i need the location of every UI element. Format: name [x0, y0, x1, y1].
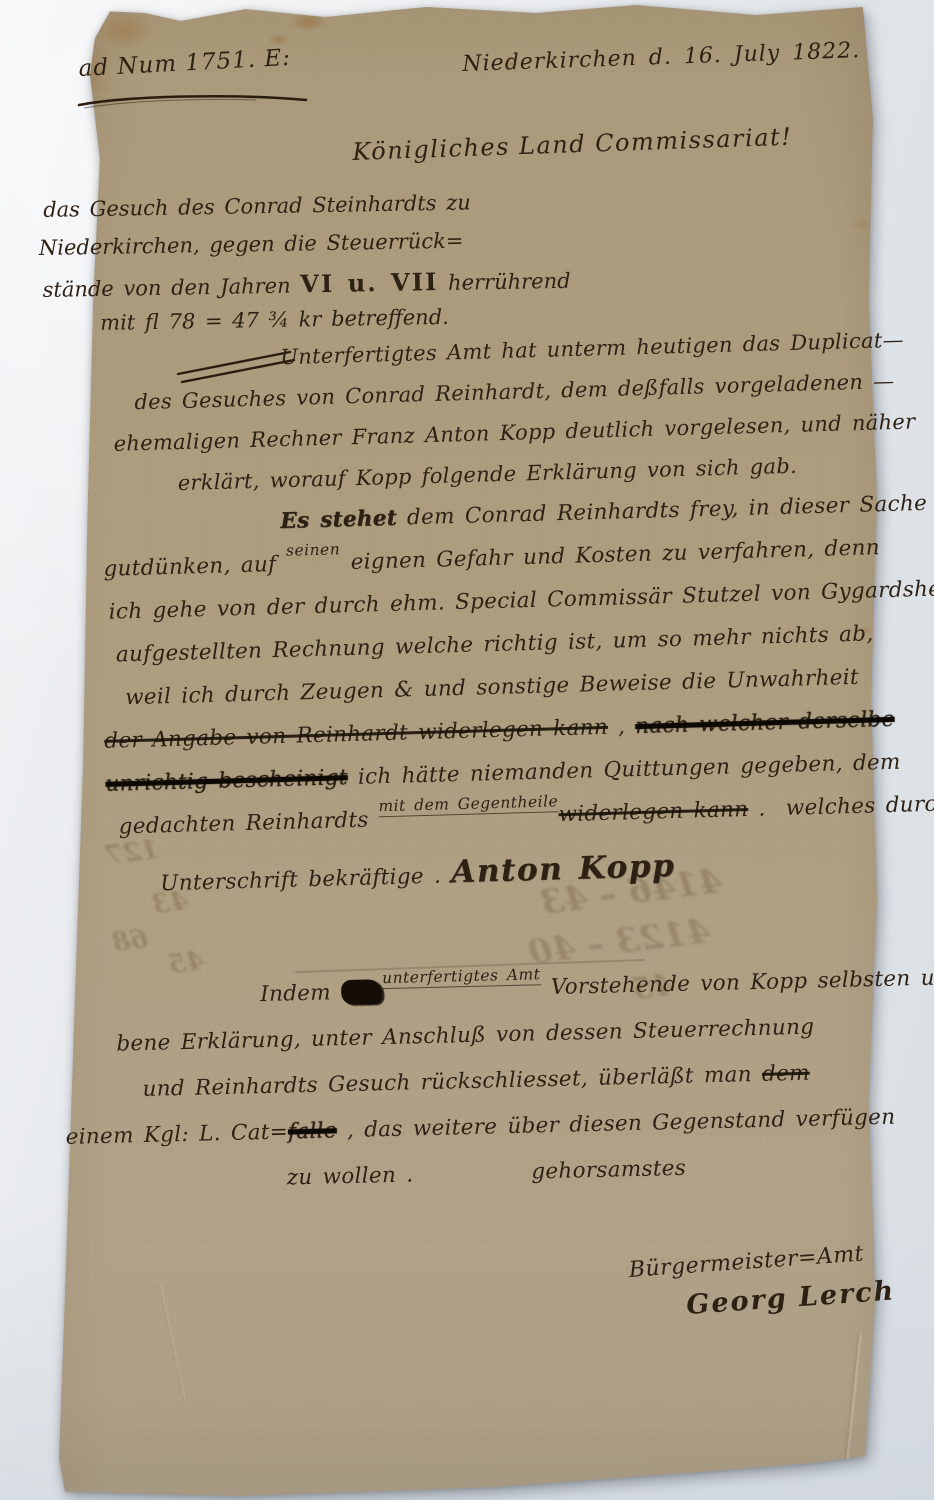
text-segment: einem Kgl: L. Cat= [65, 1119, 288, 1149]
signature-text: Anton Kopp [451, 848, 676, 890]
text-segment: unrichtig bescheinigt [105, 765, 348, 797]
text-segment: Bürgermeister=Amt [628, 1242, 865, 1283]
text-segment: Indem [260, 980, 341, 1007]
paragraph-3-closing: Indem mmunterfertigtes Amt Vorstehende v… [60, 963, 934, 1217]
underline-flourish-icon [76, 92, 311, 110]
text-segment: , [608, 714, 636, 740]
text-segment: dem [762, 1061, 810, 1087]
text-segment: das Gesuch des Conrad Steinhardts zu [43, 190, 471, 221]
dateline: Niederkirchen d. 16. July 1822. [462, 38, 861, 77]
subject-block: das Gesuch des Conrad Steinhardts zuNied… [38, 189, 572, 350]
text-segment: herrührend [438, 269, 571, 295]
manuscript: ad Num 1751. E: Niederkirchen d. 16. Jul… [0, 0, 934, 1500]
text-segment: zu wollen . [286, 1162, 413, 1190]
ink-blot: mm [341, 979, 383, 1005]
text-segment: seinen [286, 540, 341, 560]
paragraph-1: Unterfertigtes Amt hat unterm heutigen d… [108, 328, 917, 514]
text-segment: unterfertigtes Amt [382, 965, 541, 989]
paragraph-2-declaration: Es stehet dem Conrad Reinhardts frey, in… [98, 488, 934, 907]
text-segment: widerlegen kann [558, 797, 748, 827]
text-segment: gehorsamstes [531, 1156, 686, 1185]
reference-number: ad Num 1751. E: [78, 45, 292, 82]
text-segment: VI u. VII [300, 267, 439, 298]
signature-block: Bürgermeister=AmtGeorg Lerch [628, 1240, 897, 1330]
salutation: Königliches Land Commissariat! [352, 123, 793, 166]
text-segment: falle [288, 1118, 337, 1144]
text-segment: mit fl 78 = 47 ¾ kr betreffend. [100, 305, 449, 335]
text-segment: mit dem Gegentheile [378, 792, 558, 817]
text-segment: Unterschrift bekräftige . [160, 863, 452, 896]
text-segment: Es stehet [280, 506, 397, 534]
text-segment: Vorstehende von Kopp selbsten unterschri… [540, 963, 934, 1001]
text-segment: stände von den Jahren [42, 273, 300, 301]
text-segment: gutdünken, auf [103, 552, 287, 582]
